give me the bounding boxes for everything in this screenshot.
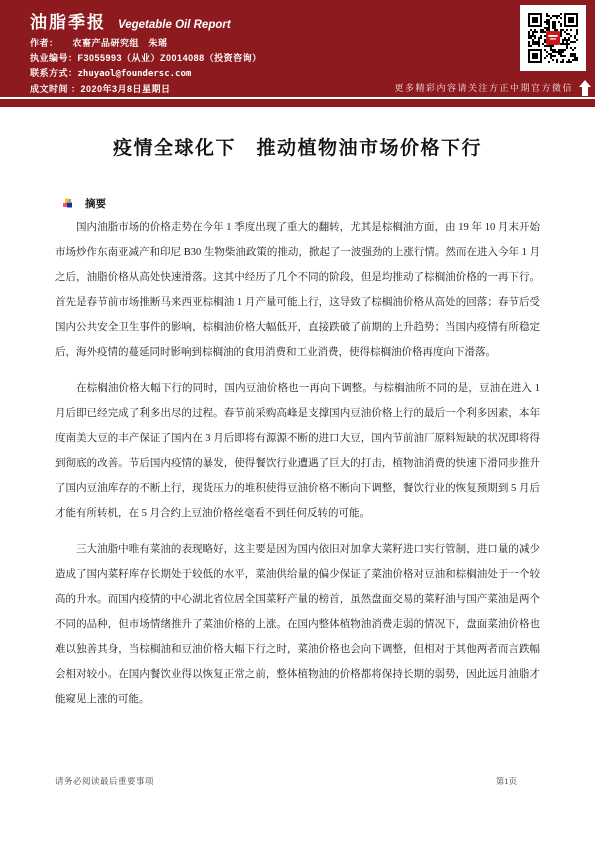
abstract-heading-label: 摘要 — [85, 196, 106, 211]
up-arrow-icon — [579, 80, 591, 96]
meta-author-label: 作者： — [30, 38, 59, 48]
header-band: 油脂季报 Vegetable Oil Report 作者：农畜产品研究组 朱瑶 … — [0, 0, 595, 97]
paragraph-1: 国内油脂市场的价格走势在今年 1 季度出现了重大的翻转，尤其是棕榈油方面，由 1… — [55, 215, 540, 365]
abstract-body: 国内油脂市场的价格走势在今年 1 季度出现了重大的翻转，尤其是棕榈油方面，由 1… — [55, 215, 540, 723]
abstract-heading: 摘要 — [62, 196, 106, 211]
meta-date-label: 成文时间 ： — [30, 84, 81, 94]
header-divider-stripe — [0, 99, 595, 107]
paragraph-2: 在棕榈油价格大幅下行的同时，国内豆油价格也一再向下调整。与棕榈油所不同的是，豆油… — [55, 376, 540, 526]
footer-page-number: 第1页 — [496, 775, 517, 787]
abstract-bullet-icon — [62, 198, 73, 209]
meta-author-row: 作者：农畜产品研究组 朱瑶 — [30, 36, 262, 51]
wechat-qr-code — [520, 5, 586, 71]
meta-contact-row: 联系方式：zhuyaol@foundersc.com — [30, 66, 262, 82]
report-brand: 油脂季报 Vegetable Oil Report — [30, 8, 231, 33]
meta-author-value: 农畜产品研究组 朱瑶 — [73, 38, 168, 48]
meta-license-value: F3055993（从业）Z0014088（投资咨询） — [78, 53, 262, 63]
meta-contact-label: 联系方式： — [30, 68, 78, 78]
meta-date-row: 成文时间 ：2020年3月8日星期日 — [30, 82, 262, 97]
wechat-note: 更多精彩内容请关注方正中期官方微信 — [394, 81, 573, 94]
page-title: 疫情全球化下 推动植物油市场价格下行 — [0, 133, 595, 160]
meta-contact-email[interactable]: zhuyaol@foundersc.com — [78, 69, 192, 79]
meta-license-row: 执业编号：F3055993（从业）Z0014088（投资咨询） — [30, 51, 262, 66]
report-meta: 作者：农畜产品研究组 朱瑶 执业编号：F3055993（从业）Z0014088（… — [30, 36, 262, 97]
meta-license-label: 执业编号： — [30, 53, 78, 63]
report-page: 油脂季报 Vegetable Oil Report 作者：农畜产品研究组 朱瑶 … — [0, 0, 595, 842]
paragraph-3: 三大油脂中唯有菜油的表现略好，这主要是因为国内依旧对加拿大菜籽进口实行管制，进口… — [55, 537, 540, 712]
report-type-en: Vegetable Oil Report — [118, 19, 231, 31]
report-type-cn: 油脂季报 — [30, 13, 106, 32]
footer-disclaimer: 请务必阅读最后重要事项 — [55, 775, 154, 787]
meta-date-value: 2020年3月8日星期日 — [81, 84, 171, 94]
